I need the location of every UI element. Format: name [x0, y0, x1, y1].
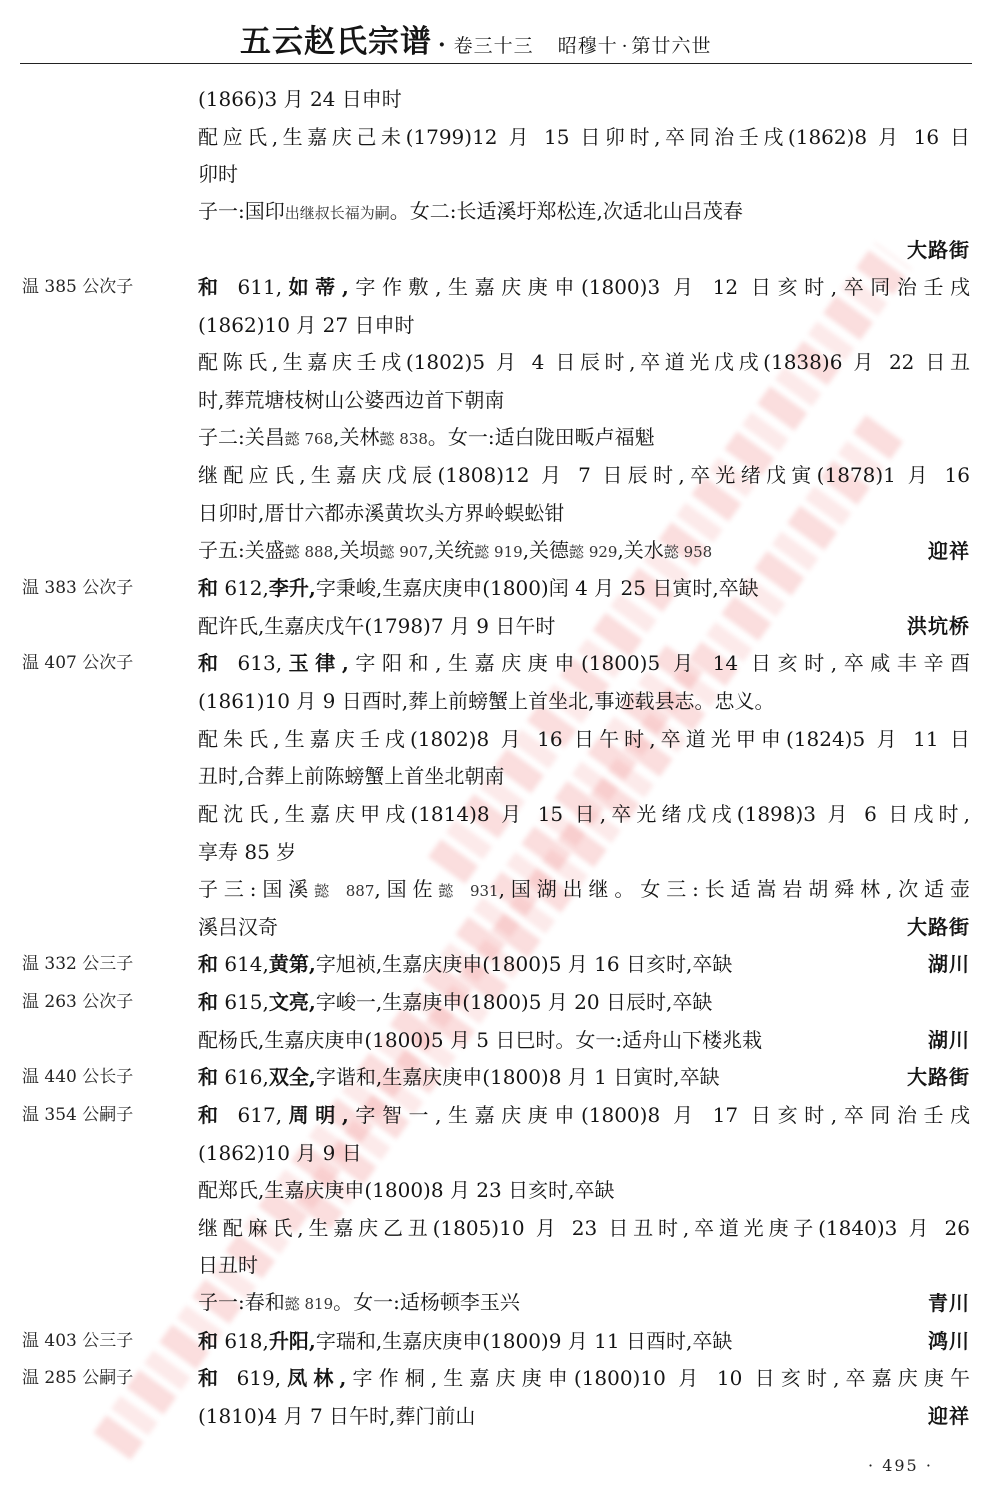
- entry-text: 配陈氏,生嘉庆壬戌(1802)5 月 4 日辰时,卒道光戊戌(1838)6 月 …: [198, 344, 970, 382]
- genealogy-entries: (1866)3 月 24 日申时配应氏,生嘉庆己未(1799)12 月 15 日…: [0, 81, 992, 1436]
- text-segment: 配许氏,生嘉庆戊午(1798)7 月 9 日午时: [198, 614, 555, 638]
- text-segment: 。女一:适杨顿李玉兴: [333, 1290, 520, 1314]
- annotation-text: 懿 768: [285, 430, 333, 448]
- text-segment: 字秉峻,生嘉庆庚申(1800)闰 4 月 25 日寅时,卒缺: [316, 576, 759, 600]
- text-segment: 子一:国印: [198, 199, 285, 223]
- entry-text-body: (1861)10 月 9 日酉时,葬上前螃蟹上首坐北,事迹载县志。忠义。: [198, 683, 774, 721]
- generation-label: 第廿六世: [631, 31, 711, 58]
- text-segment: 配杨氏,生嘉庆庚申(1800)5 月 5 日巳时。女一:适舟山下楼兆栽: [198, 1028, 762, 1052]
- entry-line: 时,葬荒塘枝树山公婆西边首下朝南: [0, 382, 992, 420]
- text-segment: 继配麻氏,生嘉庆乙丑(1805)10 月 23 日丑时,卒道光庚子(1840)3…: [198, 1216, 970, 1240]
- entry-text: 配郑氏,生嘉庆庚申(1800)8 月 23 日亥时,卒缺: [198, 1172, 970, 1210]
- place-name: 迎祥: [928, 1398, 970, 1436]
- text-segment: 子五:关盛: [198, 538, 285, 562]
- place-name: 洪坑桥: [907, 608, 970, 646]
- entry-text-body: 继配麻氏,生嘉庆乙丑(1805)10 月 23 日丑时,卒道光庚子(1840)3…: [198, 1216, 970, 1240]
- annotation-text: 懿 888: [285, 543, 333, 561]
- text-segment: 日卯时,厝廿六都赤溪黄坎头方界岭蜈蚣钳: [198, 501, 564, 525]
- entry-line: 丑时,合葬上前陈螃蟹上首坐北朝南: [0, 758, 992, 796]
- entry-line: 子一:国印出继叔长福为嗣。女二:长适溪圩郑松连,次适北山吕茂春: [0, 194, 992, 232]
- text-segment: 618,: [218, 1329, 269, 1353]
- entry-text-body: 和 613,玉律,字阳和,生嘉庆庚申(1800)5 月 14 日亥时,卒咸丰辛酉: [198, 651, 970, 675]
- entry-line: 配沈氏,生嘉庆甲戌(1814)8 月 15 日,卒光绪戊戌(1898)3 月 6…: [0, 796, 992, 834]
- lineage-label: 温 285 公嗣子: [22, 1360, 133, 1398]
- entry-text-body: (1862)10 月 9 日: [198, 1135, 362, 1173]
- bold-name-text: 和: [198, 576, 218, 600]
- header-divider: [20, 63, 972, 64]
- entry-text-body: 配郑氏,生嘉庆庚申(1800)8 月 23 日亥时,卒缺: [198, 1172, 614, 1210]
- text-segment: 字作敷,生嘉庆庚申(1800)3 月 12 日亥时,卒同治壬戌: [349, 275, 970, 299]
- entry-line: 温 403 公三子和 618,升阳,字瑞和,生嘉庆庚申(1800)9 月 11 …: [0, 1323, 992, 1361]
- entry-text-body: 和 611,如蒂,字作敷,生嘉庆庚申(1800)3 月 12 日亥时,卒同治壬戌: [198, 275, 970, 299]
- entry-line: 配朱氏,生嘉庆壬戌(1802)8 月 16 日午时,卒道光甲申(1824)5 月…: [0, 721, 992, 759]
- text-segment: 617,: [225, 1103, 282, 1127]
- text-segment: ,关林: [333, 425, 379, 449]
- entry-line: 继配应氏,生嘉庆戊辰(1808)12 月 7 日辰时,卒光绪戊寅(1878)1 …: [0, 457, 992, 495]
- entry-text: 子二:关昌懿 768,关林懿 838。女一:适白陇田畈卢福魁: [198, 420, 970, 458]
- place-name: 鸿川: [928, 1323, 970, 1361]
- entry-line: 日丑时: [0, 1247, 992, 1285]
- text-segment: 时,葬荒塘枝树山公婆西边首下朝南: [198, 388, 504, 412]
- entry-text: 配沈氏,生嘉庆甲戌(1814)8 月 15 日,卒光绪戊戌(1898)3 月 6…: [198, 796, 970, 834]
- entry-text: 溪吕汉奇大路街: [198, 909, 970, 947]
- entry-text-body: 和 618,升阳,字瑞和,生嘉庆庚申(1800)9 月 11 日酉时,卒缺: [198, 1323, 732, 1361]
- bold-name-text: 凤林,: [281, 1366, 346, 1390]
- entry-text: 和 619,凤林,字作桐,生嘉庆庚申(1800)10 月 10 日亥时,卒嘉庆庚…: [198, 1360, 970, 1398]
- entry-text: 和 614,黄第,字旭祯,生嘉庆庚申(1800)5 月 16 日亥时,卒缺湖川: [198, 946, 970, 984]
- entry-text-body: 享寿 85 岁: [198, 834, 296, 872]
- text-segment: 子一:春和: [198, 1290, 285, 1314]
- entry-line: 温 354 公嗣子和 617,周明,字智一,生嘉庆庚申(1800)8 月 17 …: [0, 1097, 992, 1135]
- entry-text: (1861)10 月 9 日酉时,葬上前螃蟹上首坐北,事迹载县志。忠义。: [198, 683, 970, 721]
- annotation-text: 懿 929: [569, 543, 617, 561]
- text-segment: 字瑞和,生嘉庆庚申(1800)9 月 11 日酉时,卒缺: [316, 1329, 732, 1353]
- entry-text-body: 子三:国溪懿 887,国佐懿 931,国湖出继。女三:长适嵩岩胡舜林,次适壶: [198, 877, 970, 901]
- text-segment: 继配应氏,生嘉庆戊辰(1808)12 月 7 日辰时,卒光绪戊寅(1878)1 …: [198, 463, 970, 487]
- lineage-label: 温 263 公次子: [22, 984, 133, 1022]
- annotation-text: 懿 907: [380, 543, 428, 561]
- entry-text: 日丑时: [198, 1247, 970, 1285]
- entry-text: 和 615,文亮,字峻一,生嘉庚申(1800)5 月 20 日辰时,卒缺: [198, 984, 970, 1022]
- lineage-label: 温 403 公三子: [22, 1323, 133, 1361]
- text-segment: 日丑时: [198, 1253, 258, 1277]
- page-number: 495: [882, 1456, 919, 1475]
- entry-text: 配杨氏,生嘉庆庚申(1800)5 月 5 日巳时。女一:适舟山下楼兆栽湖川: [198, 1022, 970, 1060]
- entry-text: 大路街: [198, 232, 970, 270]
- entry-text: 日卯时,厝廿六都赤溪黄坎头方界岭蜈蚣钳: [198, 495, 970, 533]
- entry-line: 温 385 公次子和 611,如蒂,字作敷,生嘉庆庚申(1800)3 月 12 …: [0, 269, 992, 307]
- annotation-text: 懿 958: [664, 543, 712, 561]
- bold-name-text: 如蒂,: [282, 275, 349, 299]
- annotation-text: 懿 931: [438, 882, 498, 900]
- text-segment: (1862)10 月 9 日: [198, 1141, 362, 1165]
- entry-text: 继配应氏,生嘉庆戊辰(1808)12 月 7 日辰时,卒光绪戊寅(1878)1 …: [198, 457, 970, 495]
- entry-text: 和 616,双全,字谐和,生嘉庆庚申(1800)8 月 1 日寅时,卒缺大路街: [198, 1059, 970, 1097]
- separator-dot: ·: [438, 32, 446, 58]
- separator-dot: ·: [926, 1456, 933, 1475]
- entry-line: 子一:春和懿 819。女一:适杨顿李玉兴青川: [0, 1285, 992, 1323]
- entry-text-body: (1810)4 月 7 日午时,葬门前山: [198, 1398, 475, 1436]
- entry-text-body: 继配应氏,生嘉庆戊辰(1808)12 月 7 日辰时,卒光绪戊寅(1878)1 …: [198, 463, 970, 487]
- lineage-label: 温 385 公次子: [22, 269, 133, 307]
- entry-text-body: 和 619,凤林,字作桐,生嘉庆庚申(1800)10 月 10 日亥时,卒嘉庆庚…: [198, 1366, 970, 1390]
- place-name: 湖川: [928, 946, 970, 984]
- place-name: 迎祥: [928, 533, 970, 571]
- entry-line: 子五:关盛懿 888,关埙懿 907,关统懿 919,关德懿 929,关水懿 9…: [0, 533, 992, 571]
- entry-line: 温 383 公次子和 612,李升,字秉峻,生嘉庆庚申(1800)闰 4 月 2…: [0, 570, 992, 608]
- lineage-label: 温 383 公次子: [22, 570, 133, 608]
- lineage-label: 温 332 公三子: [22, 946, 133, 984]
- entry-text-body: (1862)10 月 27 日申时: [198, 307, 414, 345]
- text-segment: 溪吕汉奇: [198, 915, 278, 939]
- entry-line: 配许氏,生嘉庆戊午(1798)7 月 9 日午时洪坑桥: [0, 608, 992, 646]
- entry-text: 配许氏,生嘉庆戊午(1798)7 月 9 日午时洪坑桥: [198, 608, 970, 646]
- text-segment: 卯时: [198, 162, 238, 186]
- text-segment: 。女一:适白陇田畈卢福魁: [428, 425, 655, 449]
- entry-line: 温 332 公三子和 614,黄第,字旭祯,生嘉庆庚申(1800)5 月 16 …: [0, 946, 992, 984]
- entry-text-body: 配应氏,生嘉庆己未(1799)12 月 15 日卯时,卒同治壬戌(1862)8 …: [198, 125, 970, 149]
- place-name: 大路街: [907, 232, 970, 270]
- entry-text-body: 配杨氏,生嘉庆庚申(1800)5 月 5 日巳时。女一:适舟山下楼兆栽: [198, 1022, 762, 1060]
- bold-name-text: 玉律,: [282, 651, 349, 675]
- entry-text-body: 和 615,文亮,字峻一,生嘉庚申(1800)5 月 20 日辰时,卒缺: [198, 984, 712, 1022]
- entry-text: 继配麻氏,生嘉庆乙丑(1805)10 月 23 日丑时,卒道光庚子(1840)3…: [198, 1210, 970, 1248]
- entry-text-body: 子一:国印出继叔长福为嗣。女二:长适溪圩郑松连,次适北山吕茂春: [198, 194, 743, 232]
- entry-line: 配陈氏,生嘉庆壬戌(1802)5 月 4 日辰时,卒道光戊戌(1838)6 月 …: [0, 344, 992, 382]
- entry-line: 温 440 公长子和 616,双全,字谐和,生嘉庆庚申(1800)8 月 1 日…: [0, 1059, 992, 1097]
- text-segment: 配朱氏,生嘉庆壬戌(1802)8 月 16 日午时,卒道光甲申(1824)5 月…: [198, 727, 970, 751]
- lineage-label: 温 354 公嗣子: [22, 1097, 133, 1135]
- bold-name-text: 和: [198, 651, 225, 675]
- entry-text: 丑时,合葬上前陈螃蟹上首坐北朝南: [198, 758, 970, 796]
- entry-text: (1810)4 月 7 日午时,葬门前山迎祥: [198, 1398, 970, 1436]
- entry-line: (1861)10 月 9 日酉时,葬上前螃蟹上首坐北,事迹载县志。忠义。: [0, 683, 992, 721]
- book-title: 五云赵氏宗谱: [240, 16, 432, 61]
- text-segment: 字峻一,生嘉庚申(1800)5 月 20 日辰时,卒缺: [316, 990, 712, 1014]
- entry-text-body: 和 616,双全,字谐和,生嘉庆庚申(1800)8 月 1 日寅时,卒缺: [198, 1059, 720, 1097]
- lineage-label: 温 407 公次子: [22, 645, 133, 683]
- entry-text-body: 子五:关盛懿 888,关埙懿 907,关统懿 919,关德懿 929,关水懿 9…: [198, 533, 712, 571]
- entry-text-body: 配沈氏,生嘉庆甲戌(1814)8 月 15 日,卒光绪戊戌(1898)3 月 6…: [198, 802, 970, 826]
- text-segment: ,关德: [523, 538, 569, 562]
- place-name: 大路街: [907, 909, 970, 947]
- entry-line: 温 263 公次子和 615,文亮,字峻一,生嘉庚申(1800)5 月 20 日…: [0, 984, 992, 1022]
- entry-text-body: 丑时,合葬上前陈螃蟹上首坐北朝南: [198, 758, 504, 796]
- text-segment: 616,: [218, 1065, 269, 1089]
- entry-text: 配应氏,生嘉庆己未(1799)12 月 15 日卯时,卒同治壬戌(1862)8 …: [198, 119, 970, 157]
- text-segment: 配陈氏,生嘉庆壬戌(1802)5 月 4 日辰时,卒道光戊戌(1838)6 月 …: [198, 350, 970, 374]
- text-segment: ,国湖出继。女三:长适嵩岩胡舜林,次适壶: [499, 877, 970, 901]
- entry-text-body: 和 617,周明,字智一,生嘉庆庚申(1800)8 月 17 日亥时,卒同治壬戌: [198, 1103, 970, 1127]
- annotation-text: 懿 887: [314, 882, 374, 900]
- entry-line: (1862)10 月 27 日申时: [0, 307, 992, 345]
- entry-text: 子五:关盛懿 888,关埙懿 907,关统懿 919,关德懿 929,关水懿 9…: [198, 533, 970, 571]
- volume-label: 卷三十三: [454, 31, 534, 58]
- entry-text: (1862)10 月 27 日申时: [198, 307, 970, 345]
- entry-text: (1866)3 月 24 日申时: [198, 81, 970, 119]
- entry-text: 卯时: [198, 156, 970, 194]
- text-segment: 字智一,生嘉庆庚申(1800)8 月 17 日亥时,卒同治壬戌: [349, 1103, 970, 1127]
- place-name: 湖川: [928, 1022, 970, 1060]
- entry-line: 日卯时,厝廿六都赤溪黄坎头方界岭蜈蚣钳: [0, 495, 992, 533]
- text-segment: 612,: [218, 576, 269, 600]
- entry-line: 温 285 公嗣子和 619,凤林,字作桐,生嘉庆庚申(1800)10 月 10…: [0, 1360, 992, 1398]
- bold-name-text: 和: [198, 1065, 218, 1089]
- entry-line: 继配麻氏,生嘉庆乙丑(1805)10 月 23 日丑时,卒道光庚子(1840)3…: [0, 1210, 992, 1248]
- entry-line: 溪吕汉奇大路街: [0, 909, 992, 947]
- page-footer: · 495 ·: [868, 1456, 933, 1475]
- entry-line: (1866)3 月 24 日申时: [0, 81, 992, 119]
- entry-line: 大路街: [0, 232, 992, 270]
- text-segment: 子二:关昌: [198, 425, 285, 449]
- bold-name-text: 和: [198, 1366, 224, 1390]
- text-segment: ,关统: [428, 538, 474, 562]
- entry-text-body: 日卯时,厝廿六都赤溪黄坎头方界岭蜈蚣钳: [198, 495, 564, 533]
- entry-text: 和 617,周明,字智一,生嘉庆庚申(1800)8 月 17 日亥时,卒同治壬戌: [198, 1097, 970, 1135]
- text-segment: 配应氏,生嘉庆己未(1799)12 月 15 日卯时,卒同治壬戌(1862)8 …: [198, 125, 970, 149]
- bold-name-text: 黄第,: [269, 952, 316, 976]
- text-segment: 。女二:长适溪圩郑松连,次适北山吕茂春: [390, 199, 743, 223]
- text-segment: ,国佐: [374, 877, 438, 901]
- lineage-label: 温 440 公长子: [22, 1059, 133, 1097]
- entry-text: 时,葬荒塘枝树山公婆西边首下朝南: [198, 382, 970, 420]
- entry-text-body: 时,葬荒塘枝树山公婆西边首下朝南: [198, 382, 504, 420]
- text-segment: 丑时,合葬上前陈螃蟹上首坐北朝南: [198, 764, 504, 788]
- bold-name-text: 和: [198, 275, 225, 299]
- text-segment: 615,: [218, 990, 269, 1014]
- text-segment: 子三:国溪: [198, 877, 314, 901]
- entry-text-body: 配许氏,生嘉庆戊午(1798)7 月 9 日午时: [198, 608, 555, 646]
- entry-text: 和 618,升阳,字瑞和,生嘉庆庚申(1800)9 月 11 日酉时,卒缺鸿川: [198, 1323, 970, 1361]
- bold-name-text: 李升,: [269, 576, 316, 600]
- text-segment: 配沈氏,生嘉庆甲戌(1814)8 月 15 日,卒光绪戊戌(1898)3 月 6…: [198, 802, 970, 826]
- text-segment: 614,: [218, 952, 269, 976]
- bold-name-text: 双全,: [269, 1065, 316, 1089]
- text-segment: 享寿 85 岁: [198, 840, 296, 864]
- annotation-text: 懿 919: [474, 543, 522, 561]
- text-segment: 字旭祯,生嘉庆庚申(1800)5 月 16 日亥时,卒缺: [316, 952, 732, 976]
- text-segment: (1861)10 月 9 日酉时,葬上前螃蟹上首坐北,事迹载县志。忠义。: [198, 689, 774, 713]
- text-segment: 611,: [225, 275, 282, 299]
- text-segment: (1866)3 月 24 日申时: [198, 87, 402, 111]
- text-segment: ,关埙: [333, 538, 379, 562]
- entry-line: (1862)10 月 9 日: [0, 1135, 992, 1173]
- text-segment: 字阳和,生嘉庆庚申(1800)5 月 14 日亥时,卒咸丰辛酉: [349, 651, 970, 675]
- text-segment: 619,: [224, 1366, 281, 1390]
- entry-line: 温 407 公次子和 613,玉律,字阳和,生嘉庆庚申(1800)5 月 14 …: [0, 645, 992, 683]
- section-label: 昭穆十: [558, 31, 618, 58]
- annotation-text: 懿 819: [285, 1295, 333, 1313]
- entry-line: 配郑氏,生嘉庆庚申(1800)8 月 23 日亥时,卒缺: [0, 1172, 992, 1210]
- entry-text-body: (1866)3 月 24 日申时: [198, 81, 402, 119]
- entry-line: (1810)4 月 7 日午时,葬门前山迎祥: [0, 1398, 992, 1436]
- entry-line: 享寿 85 岁: [0, 834, 992, 872]
- bold-name-text: 和: [198, 952, 218, 976]
- annotation-text: 出继叔长福为嗣: [285, 204, 390, 222]
- annotation-text: 懿 838: [380, 430, 428, 448]
- bold-name-text: 和: [198, 1103, 225, 1127]
- place-name: 大路街: [907, 1059, 970, 1097]
- place-name: 青川: [928, 1285, 970, 1323]
- entry-line: 卯时: [0, 156, 992, 194]
- entry-text: (1862)10 月 9 日: [198, 1135, 970, 1173]
- entry-text-body: 日丑时: [198, 1247, 258, 1285]
- text-segment: 字作桐,生嘉庆庚申(1800)10 月 10 日亥时,卒嘉庆庚午: [346, 1366, 970, 1390]
- entry-line: 配杨氏,生嘉庆庚申(1800)5 月 5 日巳时。女一:适舟山下楼兆栽湖川: [0, 1022, 992, 1060]
- text-segment: 613,: [225, 651, 282, 675]
- text-segment: ,关水: [617, 538, 663, 562]
- entry-text-body: 和 612,李升,字秉峻,生嘉庆庚申(1800)闰 4 月 25 日寅时,卒缺: [198, 570, 759, 608]
- entry-text: 享寿 85 岁: [198, 834, 970, 872]
- page-header: 五云赵氏宗谱 · 卷三十三 昭穆十 · 第廿六世: [240, 16, 711, 61]
- entry-text-body: 和 614,黄第,字旭祯,生嘉庆庚申(1800)5 月 16 日亥时,卒缺: [198, 946, 732, 984]
- entry-line: 子二:关昌懿 768,关林懿 838。女一:适白陇田畈卢福魁: [0, 420, 992, 458]
- entry-text: 子一:国印出继叔长福为嗣。女二:长适溪圩郑松连,次适北山吕茂春: [198, 194, 970, 232]
- entry-text: 配朱氏,生嘉庆壬戌(1802)8 月 16 日午时,卒道光甲申(1824)5 月…: [198, 721, 970, 759]
- text-segment: (1810)4 月 7 日午时,葬门前山: [198, 1404, 475, 1428]
- entry-text-body: 子一:春和懿 819。女一:适杨顿李玉兴: [198, 1285, 520, 1323]
- text-segment: 字谐和,生嘉庆庚申(1800)8 月 1 日寅时,卒缺: [316, 1065, 720, 1089]
- entry-line: 子三:国溪懿 887,国佐懿 931,国湖出继。女三:长适嵩岩胡舜林,次适壶: [0, 871, 992, 909]
- entry-text-body: 配陈氏,生嘉庆壬戌(1802)5 月 4 日辰时,卒道光戊戌(1838)6 月 …: [198, 350, 970, 374]
- entry-text-body: 配朱氏,生嘉庆壬戌(1802)8 月 16 日午时,卒道光甲申(1824)5 月…: [198, 727, 970, 751]
- text-segment: (1862)10 月 27 日申时: [198, 313, 414, 337]
- bold-name-text: 周明,: [282, 1103, 349, 1127]
- entry-text-body: 子二:关昌懿 768,关林懿 838。女一:适白陇田畈卢福魁: [198, 420, 655, 458]
- bold-name-text: 升阳,: [269, 1329, 316, 1353]
- bold-name-text: 文亮,: [269, 990, 316, 1014]
- bold-name-text: 和: [198, 990, 218, 1014]
- entry-text-body: 卯时: [198, 156, 238, 194]
- entry-text-body: 溪吕汉奇: [198, 909, 278, 947]
- entry-text: 和 611,如蒂,字作敷,生嘉庆庚申(1800)3 月 12 日亥时,卒同治壬戌: [198, 269, 970, 307]
- bold-name-text: 和: [198, 1329, 218, 1353]
- entry-text: 和 612,李升,字秉峻,生嘉庆庚申(1800)闰 4 月 25 日寅时,卒缺: [198, 570, 970, 608]
- entry-text: 和 613,玉律,字阳和,生嘉庆庚申(1800)5 月 14 日亥时,卒咸丰辛酉: [198, 645, 970, 683]
- entry-line: 配应氏,生嘉庆己未(1799)12 月 15 日卯时,卒同治壬戌(1862)8 …: [0, 119, 992, 157]
- entry-text: 子一:春和懿 819。女一:适杨顿李玉兴青川: [198, 1285, 970, 1323]
- entry-text: 子三:国溪懿 887,国佐懿 931,国湖出继。女三:长适嵩岩胡舜林,次适壶: [198, 871, 970, 909]
- text-segment: 配郑氏,生嘉庆庚申(1800)8 月 23 日亥时,卒缺: [198, 1178, 614, 1202]
- separator-dot: ·: [622, 36, 628, 57]
- separator-dot: ·: [868, 1456, 875, 1475]
